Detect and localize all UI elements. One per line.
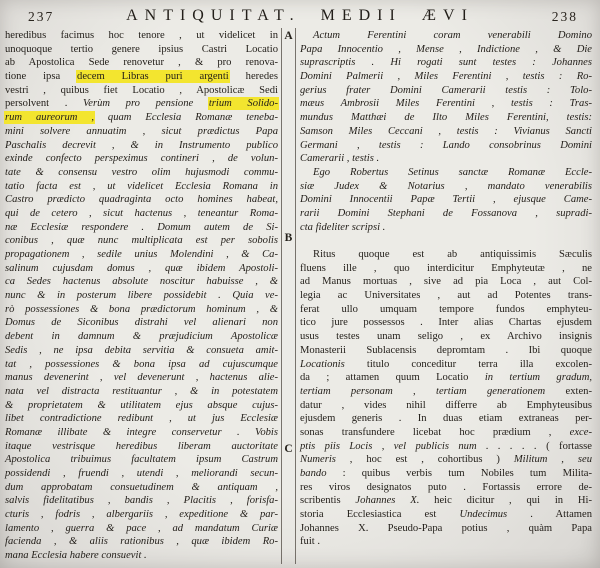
text-segment: tertiam personam , tertiam generationem [300,386,545,397]
text-segment: salvis fidelitatibus , bandis , Placitis… [5,495,278,506]
text-line: siæ Judex & Notarius , mandato venerabil… [300,180,592,194]
text-line: Domini Innocentii Papæ Tertii , ejusque … [300,193,592,207]
text-segment: Apostolica tribuimus facultatem ipsum Ca… [5,454,278,465]
text-line: Romanæ illibate & integre conservetur . … [5,426,278,440]
text-line: Domini Palmerii , Miles Ferentini , test… [300,70,592,84]
text-segment: manus devenerint , vel devenerunt , hact… [5,372,278,383]
text-line: ab Apostolica Sede renovetur , & pro ren… [5,56,278,70]
text-segment: cturis , fodris , albergariis , expediti… [5,509,278,520]
text-column-right: Actum Ferentini coram venerabili DominoP… [300,29,592,549]
text-segment: bando [300,468,326,479]
text-line: mini solvere annuatim , sicut prædictus … [5,125,278,139]
text-segment: tione ipsa [5,71,77,82]
text-segment: cta fideliter scripsi . [300,222,385,233]
text-segment: Ego Robertus Setinus sanctæ Romanæ Eccle… [313,167,592,178]
text-line: Ritus quoque est ab antiquissimis Sæculi… [300,248,592,262]
text-line: salvis fidelitatibus , bandis , Placitis… [5,494,278,508]
text-segment: nunc & in posterum libere possidebit . Q… [5,290,278,301]
highlighted-text-segment: rum aureorum , [5,112,94,123]
text-line: tione ipsa decem Libras puri argenti her… [5,70,278,84]
margin-marker-a: A [281,30,296,42]
text-line: tertiam personam , tertiam generationem … [300,385,592,399]
text-line: tate & consensu vestro olim hujusmodi co… [5,166,278,180]
text-line: Papa Innocentio , Mense , Indictione , &… [300,43,592,57]
text-line: dum approbatam consuetudinem & antiquam … [5,481,278,495]
text-line: cta fideliter scripsi . [300,221,592,235]
book-page-scan: 237 ANTIQUITAT. MEDII ÆVI 238 heredibus … [0,0,600,568]
text-line: mæus Ambrosii Miles Ferentini , testis :… [300,97,592,111]
text-segment: ad Manus mortuas , sive ad pia Loca , au… [300,276,592,287]
column-divider-rule-right [295,28,296,564]
text-line: libet contradictione redibunt , ut jus E… [5,412,278,426]
text-line: storia Ecclesiastica est Undecimus . Att… [300,508,592,522]
text-line: cturis , fodris , albergariis , expediti… [5,508,278,522]
text-line: legia ac Universitates , aut ad Potentes… [300,289,592,303]
text-line: tico jure possessos . Inter alias Charta… [300,316,592,330]
text-segment: mæus Ambrosii Miles Ferentini , testis :… [300,98,592,109]
text-segment: fluens ille , quo interdicitur Emphyteut… [300,263,592,274]
text-line: Germani , testis : Lando consobrinus Dom… [300,139,592,153]
text-segment: scribentis [300,495,355,506]
text-segment: ejusdem generis . In duas etiam extranea… [300,413,592,424]
text-segment: Castro prædicto quadraginta octo homines… [5,194,278,205]
margin-marker-b: B [281,232,296,244]
text-segment: itaque vestrisque heredibus liberam auct… [5,441,278,452]
text-segment: Ritus quoque est ab antiquissimis Sæculi… [313,249,592,260]
text-segment: Militum , seu [514,454,592,465]
text-line: Samson Miles Ceccani , testis : Vivianus… [300,125,592,139]
text-line: Castro prædicto quadraginta octo homines… [5,193,278,207]
highlighted-text-segment: decem Libras puri argenti [77,71,229,82]
text-line: mundus Matthæi de Ilto Miles Ferentini, … [300,111,592,125]
text-line: conibus , quæ nunc multiplicata est per … [5,234,278,248]
text-line: heredibus facimus hoc tenore , ut videli… [5,29,278,43]
text-segment: Johannes X. Pseudo-Papa potius , quàm Pa… [300,523,592,534]
text-segment: Domini Innocentii Papæ Tertii , ejusque … [300,194,592,205]
text-segment: titulo conceditur terra illa excolen- [345,359,592,370]
text-segment: næ Ecclesiæ respondere . Domum autem de … [5,222,278,233]
text-line: ad Manus mortuas , sive ad pia Loca , au… [300,275,592,289]
text-segment: fuit . [300,536,320,547]
text-line: Paschalis decrevit , & in Instrumento pu… [5,139,278,153]
text-segment: dum approbatam consuetudinem & antiquam … [5,482,278,493]
text-segment: in tertium gradum, [485,372,592,383]
text-line: vestri , quibus fiet Locatio , Apostolic… [5,84,278,98]
text-segment: Germani , testis : Lando consobrinus Dom… [300,140,592,151]
text-line: fluens ille , quo interdicitur Emphyteut… [300,262,592,276]
text-segment: usus testes unam seligo , ex Archivo ins… [300,331,592,342]
text-segment: : quibus verbis tum Nobiles tum Milita- [326,468,592,479]
text-segment: Domini Palmerii , Miles Ferentini , test… [300,71,592,82]
text-line: exinde confecto perspeximus contineri , … [5,152,278,166]
text-segment: Monasterii Sublacensis depromtam . Ibi q… [300,345,592,356]
text-segment: rarii Domini Stephani de Fossanova , sup… [300,208,592,219]
text-line: Monasterii Sublacensis depromtam . Ibi q… [300,344,592,358]
text-line: ferat ullo umquam tempore fundos emphyte… [300,303,592,317]
text-segment: tate & consensu vestro olim hujusmodi co… [5,167,278,178]
text-line [300,234,592,248]
text-segment: Paschalis decrevit , & in Instrumento pu… [5,140,278,151]
text-line: scribentis Johannes X. heic dicitur , qu… [300,494,592,508]
page-header: 237 ANTIQUITAT. MEDII ÆVI 238 [0,6,600,28]
text-line: datur , vides nihil differre ab Emphyteu… [300,399,592,413]
text-segment: possidendi , fruendi , utendi , melioran… [5,468,278,479]
text-line: Johannes X. Pseudo-Papa potius , quàm Pa… [300,522,592,536]
text-segment: Camerarii , testis . [300,153,379,164]
text-segment: debent in damnum & præjudicium Apostolic… [5,331,278,342]
text-line: næ Ecclesiæ respondere . Domum autem de … [5,221,278,235]
text-line: rò possessiones & bona prædictorum homin… [5,303,278,317]
text-segment: ab Apostolica Sede renovetur , & pro ren… [5,57,278,68]
text-segment: Johannes X. [355,495,419,506]
text-segment: . Attamen [507,509,592,520]
text-line: sonas transfundere licebat hoc prædium ,… [300,426,592,440]
text-segment: exten- [545,386,592,397]
text-line: propagationem , sedile unius Molendini ,… [5,248,278,262]
margin-marker-c: C [281,443,296,455]
text-line: facienda , & aliis rationibus , quæ ibid… [5,535,278,549]
text-line: rarii Domini Stephani de Fossanova , sup… [300,207,592,221]
text-segment: ptis piis Locis , vel publicis num . . .… [300,441,537,452]
right-page-number: 238 [552,9,578,25]
text-segment: libet contradictione redibunt , ut jus E… [5,413,278,424]
text-segment: tico jure possessos . Inter alias Charta… [300,317,592,328]
text-segment: , hoc est , cohortibus ) [336,454,514,465]
text-segment: Sedis , ne ipsa debita servitia & consue… [5,345,278,356]
text-segment: sonas transfundere licebat hoc prædium , [300,427,570,438]
column-divider-rule-left [281,28,282,564]
text-line: manus devenerint , vel devenerunt , hact… [5,371,278,385]
text-line: suprascriptis . Hi rogati sunt testes : … [300,56,592,70]
text-segment: heredibus facimus hoc tenore , ut videli… [5,30,278,41]
text-segment: lamento , guerra & pace , ad mandatum Cu… [5,523,278,534]
text-segment: tatio facta est , ut videlicet Ecclesia … [5,181,278,192]
text-line: nunc & in posterum libere possidebit . Q… [5,289,278,303]
text-line: mana Ecclesia habere consuevit . [5,549,278,563]
text-segment: qui de cetero , sicut hactenus , teneant… [5,208,278,219]
text-segment: mana Ecclesia habere consuevit . [5,550,147,561]
text-segment: & proprietatem & utilitatem ejus absque … [5,400,278,411]
text-segment: heredes [229,71,278,82]
text-segment: Domus de Siconibus distrahi vel alienari… [5,317,278,328]
text-line: res viros designatos puto . Fortassis er… [300,481,592,495]
text-segment: Numeris [300,454,336,465]
text-segment: Papa Innocentio , Mense , Indictione , &… [300,44,592,55]
text-line: Actum Ferentini coram venerabili Domino [300,29,592,43]
text-line: da ; attamen quum Locatio in tertium gra… [300,371,592,385]
text-segment: ferat ullo umquam tempore fundos emphyte… [300,304,592,315]
text-segment: res viros designatos puto . Fortassis er… [300,482,592,493]
text-segment: gerius frater Domini Camerarii testis : … [300,85,592,96]
text-segment: rò possessiones & bona prædictorum homin… [5,304,278,315]
text-segment: storia Ecclesiastica est [300,509,459,520]
text-column-left: heredibus facimus hoc tenore , ut videli… [5,29,278,563]
text-line: gerius frater Domini Camerarii testis : … [300,84,592,98]
text-segment: Actum Ferentini coram venerabili Domino [313,30,592,41]
text-line: Ego Robertus Setinus sanctæ Romanæ Eccle… [300,166,592,180]
text-line: nata vel distracta restituantur , & in p… [5,385,278,399]
text-segment: unoquoque tertio genere ipsius Castri Lo… [5,44,278,55]
text-segment: ( fortasse [537,441,592,452]
text-segment: Undecimus [459,509,507,520]
text-line: Sedis , ne ipsa debita servitia & consue… [5,344,278,358]
text-line: qui de cetero , sicut hactenus , teneant… [5,207,278,221]
text-line: rum aureorum , quam Ecclesia Romanæ tene… [5,111,278,125]
text-line: fuit . [300,535,592,549]
text-line: Numeris , hoc est , cohortibus ) Militum… [300,453,592,467]
text-line: Locationis titulo conceditur terra illa … [300,358,592,372]
text-line: Domus de Siconibus distrahi vel alienari… [5,316,278,330]
text-segment: tat , possessiones & bona ipsa ad cujusc… [5,359,278,370]
page-title: ANTIQUITAT. MEDII ÆVI [0,7,600,25]
text-line: salinum cujusdam domus , quæ ibidem Apos… [5,262,278,276]
text-line: lamento , guerra & pace , ad mandatum Cu… [5,522,278,536]
text-segment: Romanæ illibate & integre conservetur . … [5,427,278,438]
text-segment: vestri , quibus fiet Locatio , Apostolic… [5,85,278,96]
text-segment: persolvent . [5,98,83,109]
text-line: ptis piis Locis , vel publicis num . . .… [300,440,592,454]
text-segment: conibus , quæ nunc multiplicata est per … [5,235,278,246]
text-line: tatio facta est , ut videlicet Ecclesia … [5,180,278,194]
text-segment: Verùm pro pensione [83,98,209,109]
text-line: itaque vestrisque heredibus liberam auct… [5,440,278,454]
text-line: debent in damnum & præjudicium Apostolic… [5,330,278,344]
text-segment: datur , vides nihil differre ab Emphyteu… [300,400,592,411]
text-segment: facienda , & aliis rationibus , quæ ibid… [5,536,278,547]
text-line: possidendi , fruendi , utendi , melioran… [5,467,278,481]
text-line: unoquoque tertio genere ipsius Castri Lo… [5,43,278,57]
text-segment: siæ Judex & Notarius , mandato venerabil… [300,181,592,192]
text-line: Apostolica tribuimus facultatem ipsum Ca… [5,453,278,467]
text-segment: heic dicitur , qui in Hi- [419,495,592,506]
text-segment: Samson Miles Ceccani , testis : Vivianus… [300,126,592,137]
text-line: tat , possessiones & bona ipsa ad cujusc… [5,358,278,372]
text-line: Camerarii , testis . [300,152,592,166]
text-segment: quam Ecclesia Romanæ teneba- [94,112,278,123]
text-line: & proprietatem & utilitatem ejus absque … [5,399,278,413]
text-line: ca Sedes hactenus absolute noscitur habu… [5,275,278,289]
text-segment: exce- [570,427,592,438]
text-segment: mundus Matthæi de Ilto Miles Ferentini, … [300,112,592,123]
text-segment: mini solvere annuatim , sicut prædictus … [5,126,278,137]
text-line: persolvent . Verùm pro pensione trium So… [5,97,278,111]
text-segment: nata vel distracta restituantur , & in p… [5,386,278,397]
text-segment: propagationem , sedile unius Molendini ,… [5,249,278,260]
text-segment: Locationis [300,359,345,370]
highlighted-text-segment: trium Solido- [209,98,278,109]
text-segment: exinde confecto perspeximus contineri , … [5,153,278,164]
text-segment: da ; attamen quum Locatio [300,372,485,383]
text-segment: suprascriptis . Hi rogati sunt testes : … [300,57,592,68]
text-line: usus testes unam seligo , ex Archivo ins… [300,330,592,344]
text-line: ejusdem generis . In duas etiam extranea… [300,412,592,426]
text-line: bando : quibus verbis tum Nobiles tum Mi… [300,467,592,481]
text-segment: ca Sedes hactenus absolute noscitur habu… [5,276,278,287]
text-segment: salinum cujusdam domus , quæ ibidem Apos… [5,263,278,274]
text-segment: legia ac Universitates , aut ad Potentes… [300,290,592,301]
